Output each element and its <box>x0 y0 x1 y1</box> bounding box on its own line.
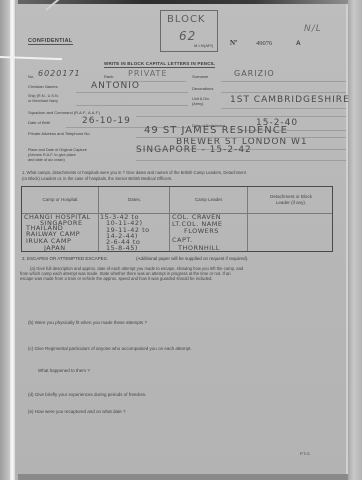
dob-label: Date of Birth <box>28 120 50 126</box>
christian-names-value: ANTONIO <box>91 81 140 91</box>
table-cell-leader: FLOWERS <box>184 228 219 235</box>
capture-value: SINGAPORE - 15-2-42 <box>136 145 252 155</box>
question-2-note: (Additional paper will be supplied on re… <box>136 256 248 262</box>
table-cell-camp: JAPAN <box>44 245 66 252</box>
form-number: 49076 <box>256 41 272 47</box>
document-page: BLOCK 62 N/L CONFIDENTIAL M.I.9/(AP/) Nº… <box>16 4 348 474</box>
table-cell-dates: 15-8-45) <box>106 245 138 252</box>
christian-names-label: Christian Names <box>28 84 58 90</box>
question-2d: (d) Give briefly your experiences during… <box>28 392 147 397</box>
question-1-line2: (or Block) Leaders or, in the case of ho… <box>22 176 337 181</box>
ship-label-2: or Merchant Navy <box>28 98 58 104</box>
unit-value: 1ST CAMBRIDGESHIRE <box>230 95 350 105</box>
dob-value: 26-10-19 <box>82 116 131 126</box>
stamp-line1: BLOCK <box>167 14 206 25</box>
question-2e: (e) How were you recaptured and on what … <box>28 409 126 414</box>
camps-table: Camp or Hospital. Dates. Camp Leader. De… <box>21 186 333 252</box>
question-1-line1: 1. What camps, detachments or hospitals … <box>22 170 337 175</box>
address-line1: 49 ST JAMES RESIDENCE <box>144 125 288 136</box>
service-number-value: 6020171 <box>38 69 81 78</box>
question-2c-follow: What happened to them ? <box>38 368 90 373</box>
no-label: No. <box>28 74 34 80</box>
binding-string <box>10 0 15 480</box>
pto-label: P.T.O. <box>300 451 311 457</box>
header-dates: Dates. <box>99 197 170 202</box>
unit-label-2: (Army) <box>192 101 203 107</box>
surname-label: Surname <box>192 74 208 80</box>
instruction-heading: WRITE IN BLOCK CAPITAL LETTERS IN PENCIL <box>104 61 215 68</box>
form-ref-prefix: M.I.9/(AP/) <box>194 43 213 49</box>
question-2-heading: 2. ESCAPES OR ATTEMPTED ESCAPES. <box>22 256 108 262</box>
right-background <box>348 0 362 480</box>
pencil-note: N/L <box>304 24 322 34</box>
stamp-line2: 62 <box>179 29 196 43</box>
question-2b: (b) Were you physically fit when you mad… <box>28 320 147 325</box>
capture-label-3: and date of a/c crash) <box>28 157 65 163</box>
address-label: Private Address and Telephone No. <box>28 131 91 137</box>
surname-value: GARIZIO <box>234 69 275 78</box>
rank-value: PRIVATE <box>128 69 168 78</box>
decorations-label: Decorations <box>192 86 213 92</box>
question-2a-line3: escape was made from a train or vehicle … <box>20 276 335 281</box>
header-detachment-line1: Detachment or Block <box>248 194 334 199</box>
question-2c: (c) Give Regimental particulars of anyon… <box>28 346 192 351</box>
form-no-label: Nº <box>230 40 237 46</box>
table-cell-leader: THORNHILL <box>178 245 220 252</box>
classification-label: CONFIDENTIAL <box>28 38 73 45</box>
table-cell-leader: CAPT. <box>172 237 193 244</box>
form-series: A <box>296 41 301 47</box>
header-detachment-line2: Leader (if any). <box>248 200 334 205</box>
header-camp: Camp or Hospital. <box>22 197 99 202</box>
header-camp-leader: Camp Leader. <box>170 197 248 202</box>
rank-label: Rank <box>104 74 113 80</box>
